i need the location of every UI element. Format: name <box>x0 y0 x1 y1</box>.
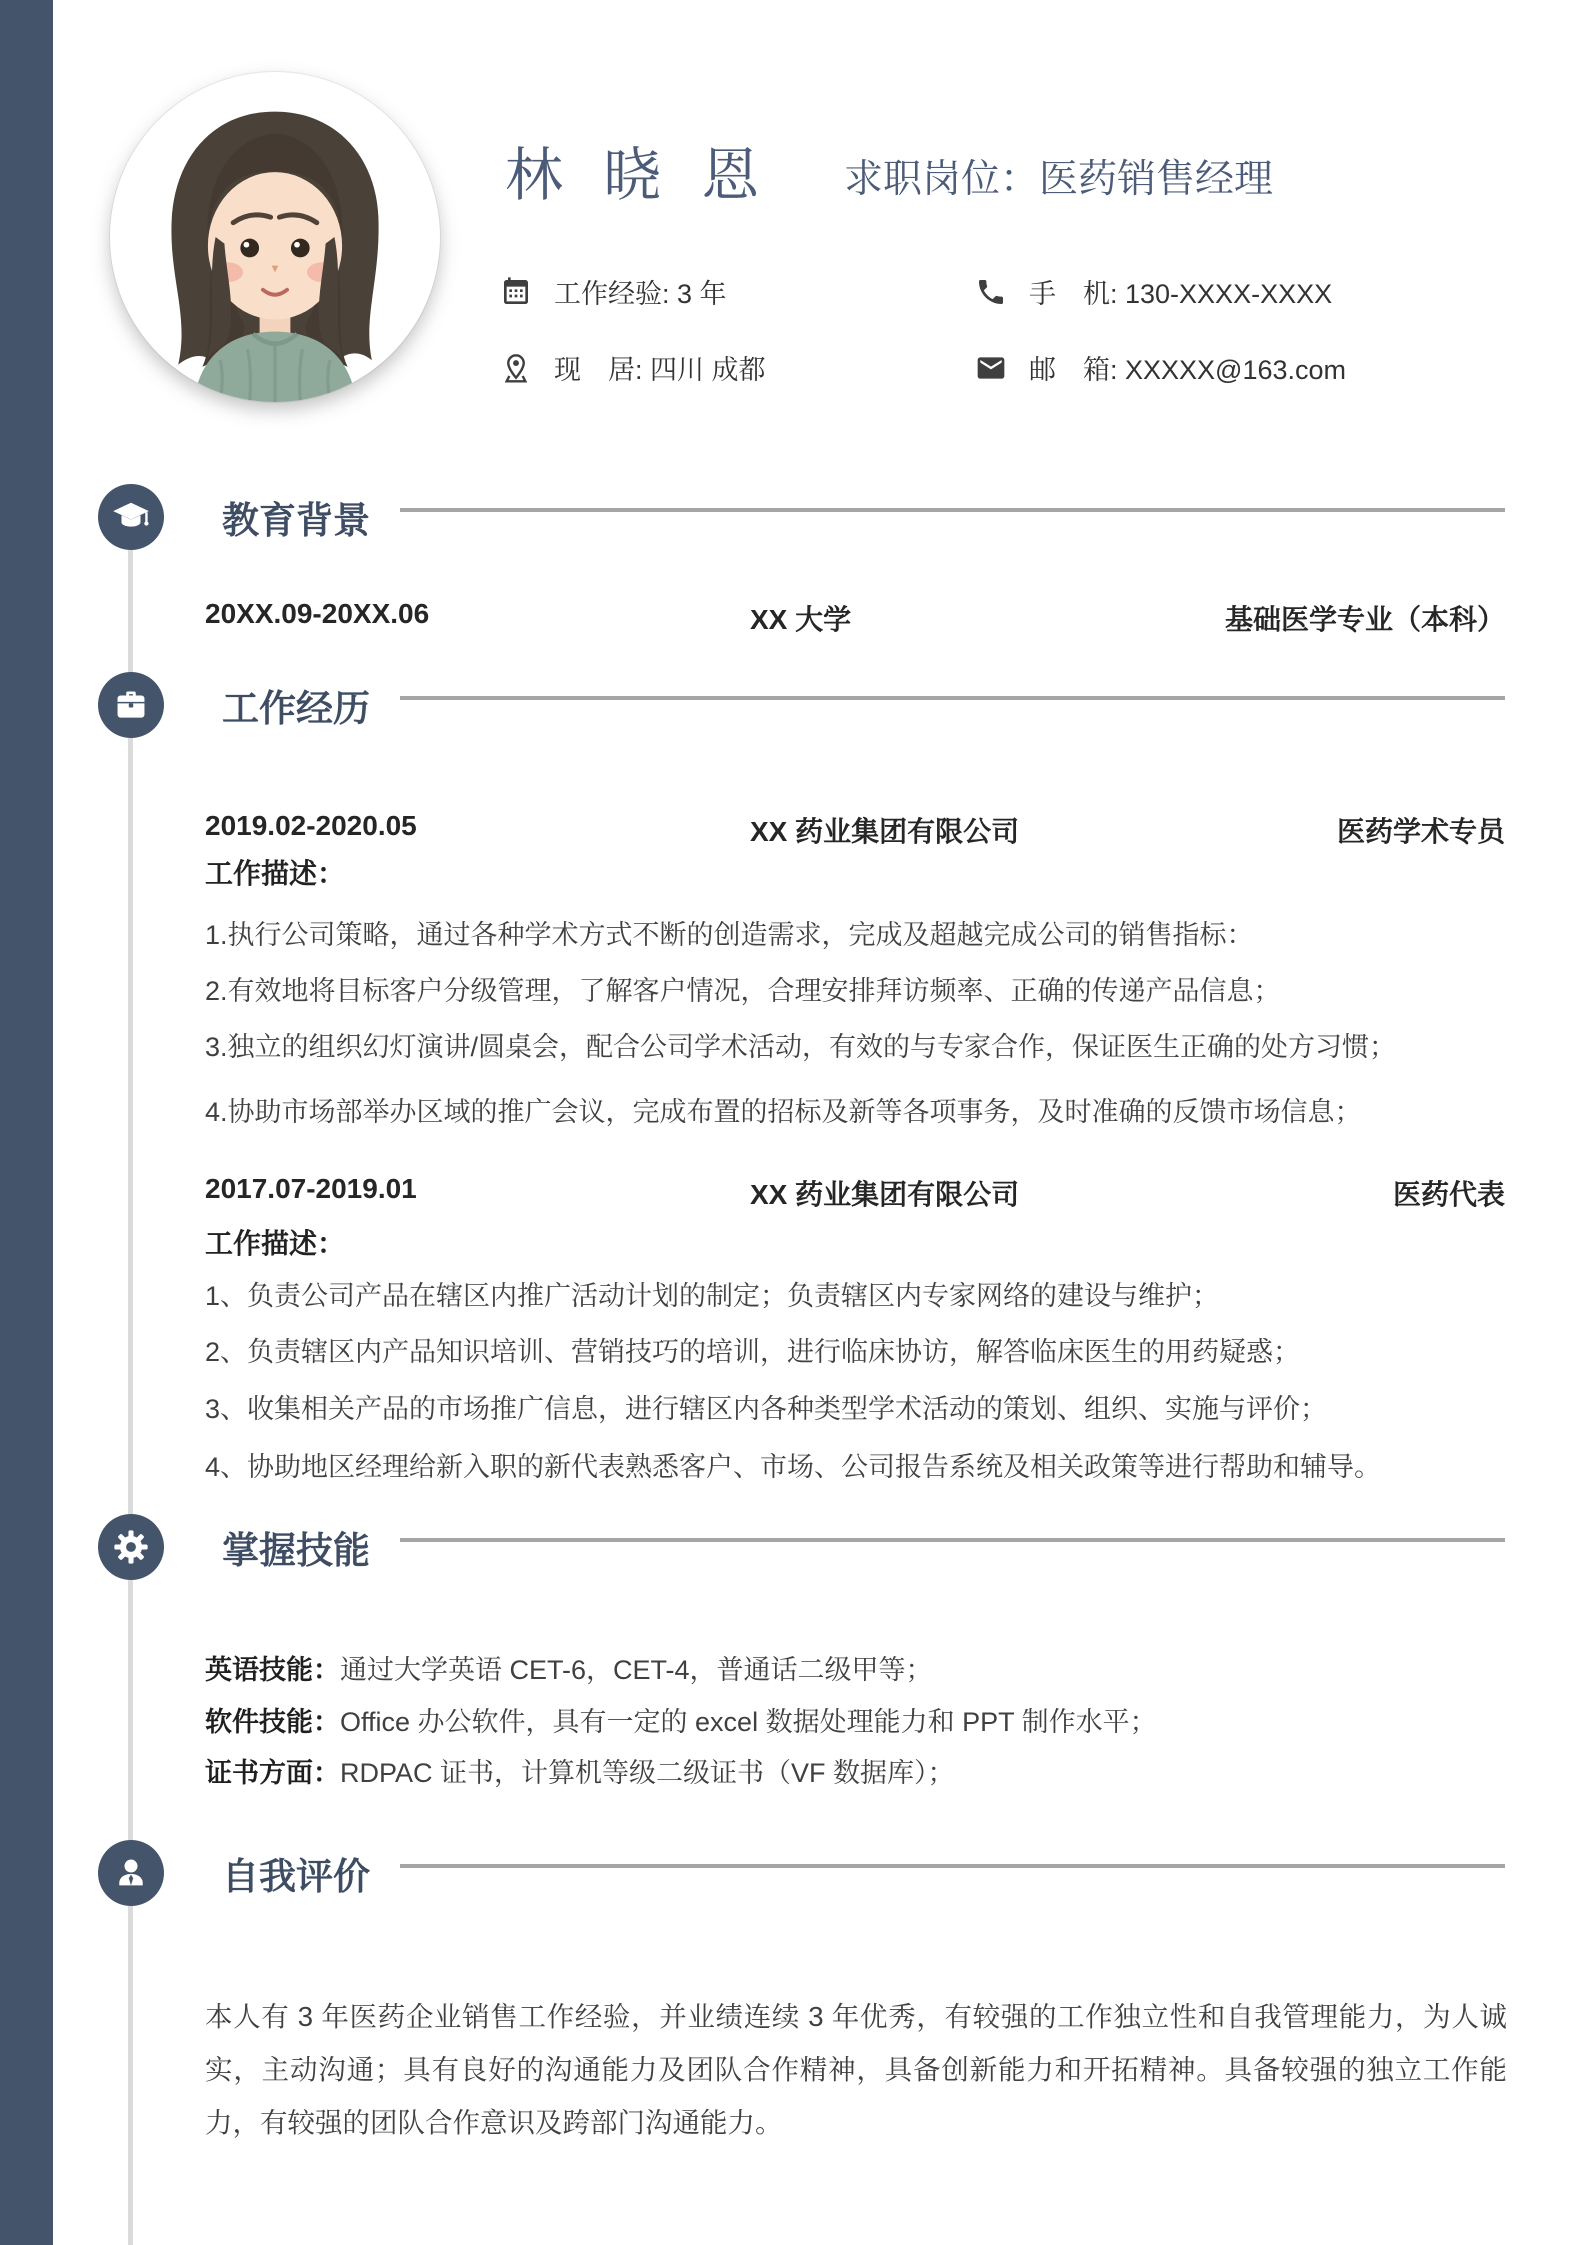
education-row: 20XX.09-20XX.06 XX 大学 基础医学专业（本科） <box>205 598 1505 634</box>
section-header-education: 教育背景 <box>98 484 1505 550</box>
job2-header-row: 2017.07-2019.01 XX 药业集团有限公司 医药代表 <box>205 1173 1505 1209</box>
mail-icon <box>975 352 1007 384</box>
job2-position: 医药代表 <box>1393 1173 1505 1213</box>
job1-period: 2019.02-2020.05 <box>205 810 417 842</box>
job2-company: XX 药业集团有限公司 <box>750 1173 1019 1213</box>
skill-english-label: 英语技能： <box>205 1655 340 1685</box>
skill-english: 英语技能：通过大学英语 CET-6，CET-4，普通话二级甲等； <box>205 1648 1505 1687</box>
phone-icon <box>975 276 1007 308</box>
contact-experience: 工作经验: 3 年 <box>500 272 727 311</box>
skill-certificates: 证书方面：RDPAC 证书，计算机等级二级证书（VF 数据库）； <box>205 1751 1505 1790</box>
job1-company: XX 药业集团有限公司 <box>750 810 1019 850</box>
section-title-work: 工作经历 <box>222 678 370 732</box>
job1-desc-label: 工作描述： <box>205 852 345 892</box>
section-rule <box>400 696 1505 700</box>
job2-period: 2017.07-2019.01 <box>205 1173 417 1205</box>
timeline-line <box>128 517 133 2245</box>
job2-desc-label: 工作描述： <box>205 1222 345 1262</box>
contact-experience-text: 工作经验: 3 年 <box>554 272 727 311</box>
location-pin-icon <box>500 352 532 384</box>
skill-certificates-text: RDPAC 证书，计算机等级二级证书（VF 数据库）； <box>340 1758 955 1788</box>
job1-position: 医药学术专员 <box>1337 810 1505 850</box>
briefcase-icon <box>98 672 164 738</box>
left-accent-bar <box>0 0 53 2245</box>
self-evaluation-text: 本人有 3 年医药企业销售工作经验，并业绩连续 3 年优秀，有较强的工作独立性和… <box>205 1990 1507 2149</box>
graduation-cap-icon <box>98 484 164 550</box>
section-title-education: 教育背景 <box>222 490 370 544</box>
section-header-work: 工作经历 <box>98 672 1505 738</box>
contact-email: 邮 箱: XXXXX@163.com <box>975 348 1346 387</box>
job1-item-3: 3.独立的组织幻灯演讲/圆桌会，配合公司学术活动，有效的与专家合作，保证医生正确… <box>205 1025 1515 1064</box>
skill-certificates-label: 证书方面： <box>205 1758 340 1788</box>
section-rule <box>400 508 1505 512</box>
job2-item-1: 1、负责公司产品在辖区内推广活动计划的制定；负责辖区内专家网络的建设与维护； <box>205 1274 1515 1313</box>
contact-email-text: 邮 箱: XXXXX@163.com <box>1029 348 1346 387</box>
section-title-skills: 掌握技能 <box>222 1520 370 1574</box>
skill-english-text: 通过大学英语 CET-6，CET-4，普通话二级甲等； <box>340 1655 933 1685</box>
illustrated-woman-portrait <box>110 72 440 402</box>
candidate-name: 林 晓 恩 <box>505 128 771 212</box>
avatar <box>110 72 440 402</box>
job1-item-2: 2.有效地将目标客户分级管理，了解客户情况，合理安排拜访频率、正确的传递产品信息… <box>205 969 1515 1008</box>
gear-icon <box>98 1514 164 1580</box>
job2-item-4: 4、协助地区经理给新入职的新代表熟悉客户、市场、公司报告系统及相关政策等进行帮助… <box>205 1445 1515 1484</box>
education-major: 基础医学专业（本科） <box>1225 598 1505 638</box>
contact-residence-text: 现 居: 四川 成都 <box>554 348 766 387</box>
section-title-evaluation: 自我评价 <box>222 1846 370 1900</box>
job-target: 求职岗位：医药销售经理 <box>844 148 1273 204</box>
skill-software-text: Office 办公软件，具有一定的 excel 数据处理能力和 PPT 制作水平… <box>340 1707 1157 1737</box>
contact-residence: 现 居: 四川 成都 <box>500 348 766 387</box>
section-header-skills: 掌握技能 <box>98 1514 1505 1580</box>
education-school: XX 大学 <box>750 598 851 638</box>
section-rule <box>400 1538 1505 1542</box>
calendar-icon <box>500 276 532 308</box>
job1-header-row: 2019.02-2020.05 XX 药业集团有限公司 医药学术专员 <box>205 810 1505 846</box>
resume-page: 林 晓 恩 求职岗位：医药销售经理 工作经验: 3 年 手 机: 130-XXX… <box>0 0 1587 2245</box>
job2-item-3: 3、收集相关产品的市场推广信息，进行辖区内各种类型学术活动的策划、组织、实施与评… <box>205 1387 1515 1426</box>
person-icon <box>98 1840 164 1906</box>
section-rule <box>400 1864 1505 1868</box>
contact-phone: 手 机: 130-XXXX-XXXX <box>975 272 1332 311</box>
section-header-evaluation: 自我评价 <box>98 1840 1505 1906</box>
job1-item-1: 1.执行公司策略，通过各种学术方式不断的创造需求，完成及超越完成公司的销售指标： <box>205 913 1515 952</box>
education-period: 20XX.09-20XX.06 <box>205 598 429 630</box>
skill-software: 软件技能：Office 办公软件，具有一定的 excel 数据处理能力和 PPT… <box>205 1700 1505 1739</box>
job1-item-4: 4.协助市场部举办区域的推广会议，完成布置的招标及新等各项事务，及时准确的反馈市… <box>205 1090 1515 1129</box>
job2-item-2: 2、负责辖区内产品知识培训、营销技巧的培训，进行临床协访，解答临床医生的用药疑惑… <box>205 1330 1515 1369</box>
contact-phone-text: 手 机: 130-XXXX-XXXX <box>1029 272 1332 311</box>
skill-software-label: 软件技能： <box>205 1707 340 1737</box>
